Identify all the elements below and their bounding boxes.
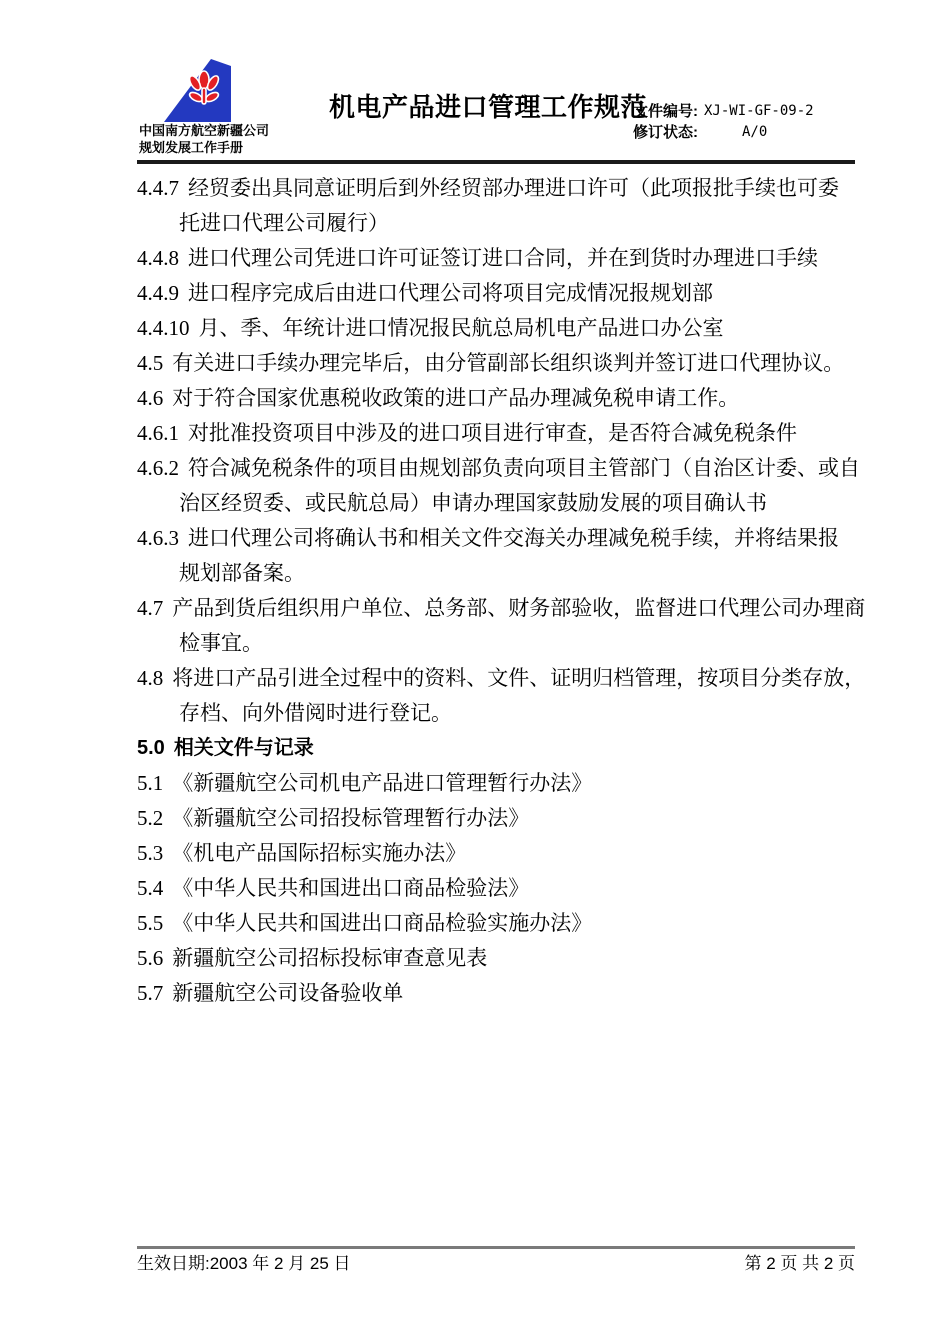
clause-text: 《中华人民共和国进出口商品检验实施办法》 bbox=[172, 911, 592, 935]
clause-4-4-7: 4.4.7经贸委出具同意证明后到外经贸部办理进口许可（此项报批手续也可委 bbox=[137, 171, 877, 206]
revision-label: 修订状态: bbox=[633, 122, 698, 143]
document-body: 4.4.7经贸委出具同意证明后到外经贸部办理进口许可（此项报批手续也可委 托进口… bbox=[137, 171, 877, 1011]
clause-number: 4.7 bbox=[137, 596, 163, 620]
clause-5-4: 5.4《中华人民共和国进出口商品检验法》 bbox=[137, 871, 877, 906]
footer-divider bbox=[137, 1246, 855, 1249]
clause-text: 新疆航空公司设备验收单 bbox=[172, 981, 403, 1005]
clause-text: 《新疆航空公司招投标管理暂行办法》 bbox=[172, 806, 529, 830]
clause-4-7-cont: 检事宜。 bbox=[137, 626, 877, 661]
clause-number: 4.4.9 bbox=[137, 281, 179, 305]
clause-number: 5.6 bbox=[137, 946, 163, 970]
clause-number: 5.5 bbox=[137, 911, 163, 935]
company-name: 中国南方航空新疆公司 bbox=[139, 122, 269, 139]
clause-number: 5.0 bbox=[137, 737, 165, 759]
clause-4-8-cont: 存档、向外借阅时进行登记。 bbox=[137, 696, 877, 731]
clause-4-8: 4.8将进口产品引进全过程中的资料、文件、证明归档管理，按项目分类存放， bbox=[137, 661, 877, 696]
doc-number-value: XJ-WI-GF-09-2 bbox=[704, 101, 814, 122]
kapok-flower-icon bbox=[187, 71, 220, 104]
clause-4-6-1: 4.6.1对批准投资项目中涉及的进口项目进行审查，是否符合减免税条件 bbox=[137, 416, 877, 451]
clause-5-2: 5.2《新疆航空公司招投标管理暂行办法》 bbox=[137, 801, 877, 836]
clause-number: 5.2 bbox=[137, 806, 163, 830]
clause-text: 有关进口手续办理完毕后，由分管副部长组织谈判并签订进口代理协议。 bbox=[172, 351, 844, 375]
clause-5-3: 5.3《机电产品国际招标实施办法》 bbox=[137, 836, 877, 871]
clause-text: 将进口产品引进全过程中的资料、文件、证明归档管理，按项目分类存放， bbox=[172, 666, 865, 690]
clause-4-6-2: 4.6.2符合减免税条件的项目由规划部负责向项目主管部门（自治区计委、或自 bbox=[137, 451, 877, 486]
document-footer: 生效日期:2003 年 2 月 25 日 第 2 页 共 2 页 bbox=[137, 1252, 855, 1276]
clause-text: 进口代理公司将确认书和相关文件交海关办理减免税手续，并将结果报 bbox=[188, 526, 839, 550]
clause-number: 4.6.1 bbox=[137, 421, 179, 445]
clause-4-4-7-cont: 托进口代理公司履行） bbox=[137, 206, 877, 241]
clause-number: 5.1 bbox=[137, 771, 163, 795]
clause-number: 4.4.7 bbox=[137, 176, 179, 200]
company-name-block: 中国南方航空新疆公司 规划发展工作手册 bbox=[139, 122, 269, 156]
section-5-0-heading: 5.0相关文件与记录 bbox=[137, 731, 877, 766]
clause-number: 4.4.10 bbox=[137, 316, 190, 340]
clause-4-5: 4.5有关进口手续办理完毕后，由分管副部长组织谈判并签订进口代理协议。 bbox=[137, 346, 877, 381]
clause-text: 进口代理公司凭进口许可证签订进口合同，并在到货时办理进口手续 bbox=[188, 246, 818, 270]
header-divider bbox=[137, 160, 855, 164]
doc-number-row: 文件编号: XJ-WI-GF-09-2 bbox=[633, 101, 814, 122]
clause-text: 《新疆航空公司机电产品进口管理暂行办法》 bbox=[172, 771, 592, 795]
clause-text: 对于符合国家优惠税收政策的进口产品办理减免税申请工作。 bbox=[172, 386, 739, 410]
document-meta: 文件编号: XJ-WI-GF-09-2 修订状态: A/0 bbox=[633, 101, 814, 143]
manual-name: 规划发展工作手册 bbox=[139, 139, 269, 156]
airline-tail-logo-icon bbox=[160, 56, 234, 124]
doc-number-label: 文件编号: bbox=[633, 101, 698, 122]
clause-number: 5.4 bbox=[137, 876, 163, 900]
clause-5-6: 5.6新疆航空公司招标投标审查意见表 bbox=[137, 941, 877, 976]
document-page: 中国南方航空新疆公司 规划发展工作手册 机电产品进口管理工作规范 文件编号: X… bbox=[0, 0, 950, 1344]
revision-row: 修订状态: A/0 bbox=[633, 122, 814, 143]
clause-text: 《中华人民共和国进出口商品检验法》 bbox=[172, 876, 529, 900]
clause-5-7: 5.7新疆航空公司设备验收单 bbox=[137, 976, 877, 1011]
clause-4-6-2-cont: 治区经贸委、或民航总局）申请办理国家鼓励发展的项目确认书 bbox=[137, 486, 877, 521]
clause-text: 符合减免税条件的项目由规划部负责向项目主管部门（自治区计委、或自 bbox=[188, 456, 860, 480]
clause-4-6: 4.6对于符合国家优惠税收政策的进口产品办理减免税申请工作。 bbox=[137, 381, 877, 416]
clause-number: 4.4.8 bbox=[137, 246, 179, 270]
clause-number: 4.8 bbox=[137, 666, 163, 690]
revision-value: A/0 bbox=[742, 122, 767, 143]
clause-number: 4.6.2 bbox=[137, 456, 179, 480]
clause-number: 4.6 bbox=[137, 386, 163, 410]
document-title: 机电产品进口管理工作规范 bbox=[329, 90, 647, 124]
clause-text: 新疆航空公司招标投标审查意见表 bbox=[172, 946, 487, 970]
clause-text: 产品到货后组织用户单位、总务部、财务部验收，监督进口代理公司办理商 bbox=[172, 596, 865, 620]
clause-4-7: 4.7产品到货后组织用户单位、总务部、财务部验收，监督进口代理公司办理商 bbox=[137, 591, 877, 626]
clause-text: 对批准投资项目中涉及的进口项目进行审查，是否符合减免税条件 bbox=[188, 421, 797, 445]
clause-number: 5.3 bbox=[137, 841, 163, 865]
clause-4-4-10: 4.4.10月、季、年统计进口情况报民航总局机电产品进口办公室 bbox=[137, 311, 877, 346]
clause-number: 5.7 bbox=[137, 981, 163, 1005]
page-indicator: 第 2 页 共 2 页 bbox=[744, 1252, 855, 1276]
clause-text: 相关文件与记录 bbox=[174, 737, 314, 759]
clause-number: 4.5 bbox=[137, 351, 163, 375]
clause-text: 经贸委出具同意证明后到外经贸部办理进口许可（此项报批手续也可委 bbox=[188, 176, 839, 200]
clause-4-6-3-cont: 规划部备案。 bbox=[137, 556, 877, 591]
clause-text: 月、季、年统计进口情况报民航总局机电产品进口办公室 bbox=[199, 316, 724, 340]
clause-5-5: 5.5《中华人民共和国进出口商品检验实施办法》 bbox=[137, 906, 877, 941]
effective-date: 生效日期:2003 年 2 月 25 日 bbox=[137, 1252, 351, 1276]
clause-text: 进口程序完成后由进口代理公司将项目完成情况报规划部 bbox=[188, 281, 713, 305]
clause-4-4-8: 4.4.8进口代理公司凭进口许可证签订进口合同，并在到货时办理进口手续 bbox=[137, 241, 877, 276]
clause-number: 4.6.3 bbox=[137, 526, 179, 550]
clause-text: 《机电产品国际招标实施办法》 bbox=[172, 841, 466, 865]
clause-4-6-3: 4.6.3进口代理公司将确认书和相关文件交海关办理减免税手续，并将结果报 bbox=[137, 521, 877, 556]
clause-5-1: 5.1《新疆航空公司机电产品进口管理暂行办法》 bbox=[137, 766, 877, 801]
clause-4-4-9: 4.4.9进口程序完成后由进口代理公司将项目完成情况报规划部 bbox=[137, 276, 877, 311]
